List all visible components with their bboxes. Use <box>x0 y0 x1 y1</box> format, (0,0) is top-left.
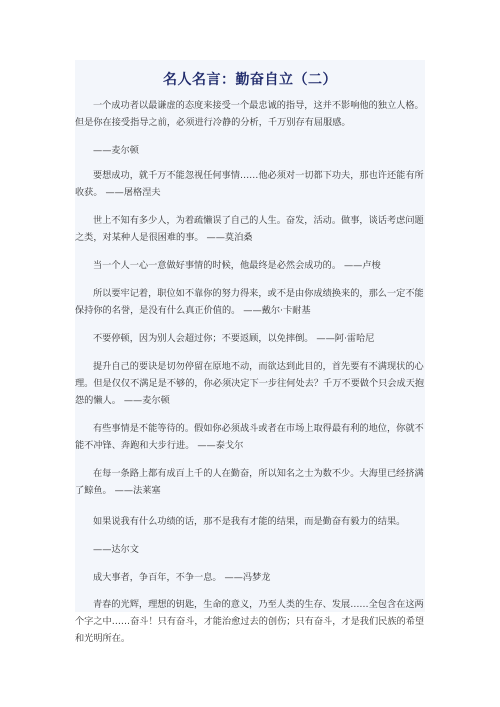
quote-paragraph: 一个成功者以最谦虚的态度来接受一个最忠诚的指导，这并不影响他的独立人格。但是你在… <box>75 97 425 131</box>
quote-paragraph: 成大事者，争百年，不争一息。 ——冯梦龙 <box>75 569 425 586</box>
quote-paragraph: 有些事情是不能等待的。假如你必须战斗或者在市场上取得最有利的地位，你就不能不冲锋… <box>75 420 425 454</box>
quote-paragraph: 在每一条路上都有成百上千的人在勤奋，所以知名之士为数不少。大海里已经挤满了鲸鱼。… <box>75 465 425 499</box>
quote-paragraph: 不要停顿，因为别人会超过你；不要返顾，以免摔倒。 ——阿·雷哈尼 <box>75 330 425 347</box>
quote-paragraph: 当一个人一心一意做好事情的时候，他最终是必然会成功的。 ——卢梭 <box>75 257 425 274</box>
quote-paragraph: 要想成功，就千万不能忽视任何事情……他必须对一切都下功夫，那也许还能有所收获。 … <box>75 167 425 201</box>
document-page: 名人名言：勤奋自立（二） 一个成功者以最谦虚的态度来接受一个最忠诚的指导，这并不… <box>75 60 425 612</box>
quote-paragraph: 所以要牢记着，职位如不靠你的努力得来，或不是由你成绩换来的，那么一定不能保持你的… <box>75 285 425 319</box>
quote-paragraph: 青春的光辉，理想的钥匙，生命的意义，乃至人类的生存、发展……全包含在这两个字之中… <box>75 596 425 647</box>
quote-paragraph: 提升自己的要诀是切勿停留在原地不动，而欲达到此目的，首先要有不满现状的心理。但是… <box>75 358 425 409</box>
quote-attribution: ——麦尔顿 <box>93 142 139 159</box>
quote-paragraph: 如果说我有什么功绩的话，那不是我有才能的结果，而是勤奋有毅力的结果。 <box>75 513 425 530</box>
quote-attribution: ——达尔文 <box>93 541 139 558</box>
quote-paragraph: 世上不知有多少人，为着疏懒误了自己的人生。奋发，活动。做事，谈话考虑问题之类，对… <box>75 212 425 246</box>
page-title: 名人名言：勤奋自立（二） <box>75 69 425 89</box>
